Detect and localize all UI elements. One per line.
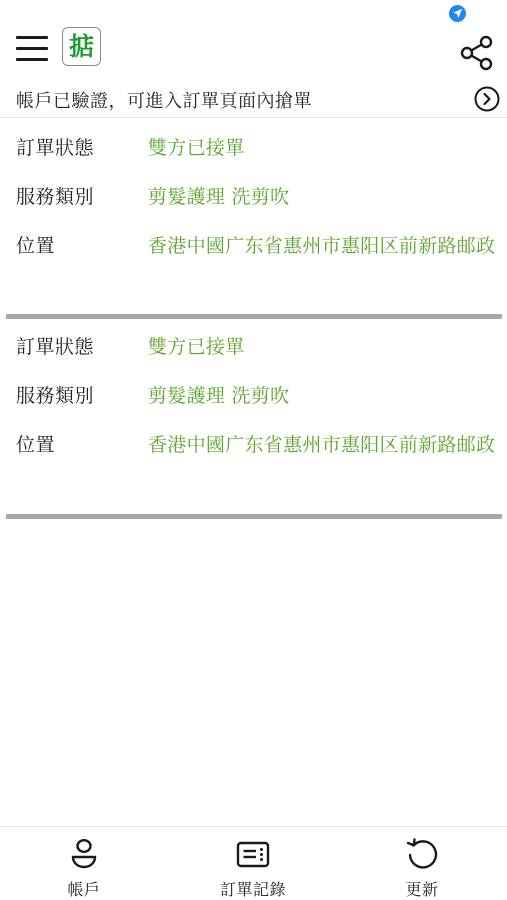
hamburger-menu-icon [16,47,48,50]
order-status-row: 訂單狀態 雙方已接單 [0,332,507,362]
bottom-navigation: 帳戶 訂單記錄 更新 [0,826,507,900]
notice-text: 帳戶已驗證，可進入訂單頁面內搶單 [16,87,312,113]
nav-order-history-label: 訂單記錄 [193,877,313,900]
service-type-label: 服務類別 [16,381,94,408]
hamburger-menu-icon [16,58,48,61]
share-icon [458,34,496,72]
order-divider [6,314,502,319]
location-row: 位置 香港中國广东省惠州市惠阳区前新路邮政 [0,231,507,261]
order-card[interactable]: 訂單狀態 雙方已接單 服務類別 剪髮護理 洗剪吹 位置 香港中國广东省惠州市惠阳… [0,332,507,512]
location-label: 位置 [16,231,55,258]
order-status-value: 雙方已接單 [148,332,494,359]
order-divider [6,514,502,519]
order-status-value: 雙方已接單 [148,133,494,160]
menu-button[interactable] [14,32,50,64]
refresh-icon [404,837,440,873]
hamburger-menu-icon [16,36,48,39]
order-list-icon [235,837,271,873]
service-type-value: 剪髮護理 洗剪吹 [148,381,494,408]
location-arrow-icon [449,5,466,22]
verification-notice[interactable]: 帳戶已驗證，可進入訂單頁面內搶單 [0,80,507,118]
order-status-row: 訂單狀態 雙方已接單 [0,133,507,163]
order-status-label: 訂單狀態 [16,133,94,160]
notice-go-button[interactable] [474,86,500,112]
order-status-label: 訂單狀態 [16,332,94,359]
location-row: 位置 香港中國广东省惠州市惠阳区前新路邮政 [0,430,507,460]
nav-refresh-label: 更新 [362,877,482,900]
location-value: 香港中國广东省惠州市惠阳区前新路邮政 [148,231,494,258]
app-header: 掂 [0,24,507,74]
service-type-row: 服務類別 剪髮護理 洗剪吹 [0,182,507,212]
location-label: 位置 [16,430,55,457]
nav-order-history[interactable]: 訂單記錄 [193,827,313,900]
user-icon [66,837,102,873]
nav-refresh[interactable]: 更新 [362,827,482,900]
nav-account-label: 帳戶 [24,877,144,900]
service-type-value: 剪髮護理 洗剪吹 [148,182,494,209]
app-screen: 掂 帳戶已驗證，可進入訂單頁面內搶單 訂單狀態 雙方已接單 [0,0,507,900]
location-value: 香港中國广东省惠州市惠阳区前新路邮政 [148,430,494,457]
chevron-right-circle-icon [474,86,500,112]
app-logo: 掂 [62,27,101,66]
order-card[interactable]: 訂單狀態 雙方已接單 服務類別 剪髮護理 洗剪吹 位置 香港中國广东省惠州市惠阳… [0,133,507,313]
nav-account[interactable]: 帳戶 [24,827,144,900]
service-type-label: 服務類別 [16,182,94,209]
service-type-row: 服務類別 剪髮護理 洗剪吹 [0,381,507,411]
share-button[interactable] [458,34,496,72]
